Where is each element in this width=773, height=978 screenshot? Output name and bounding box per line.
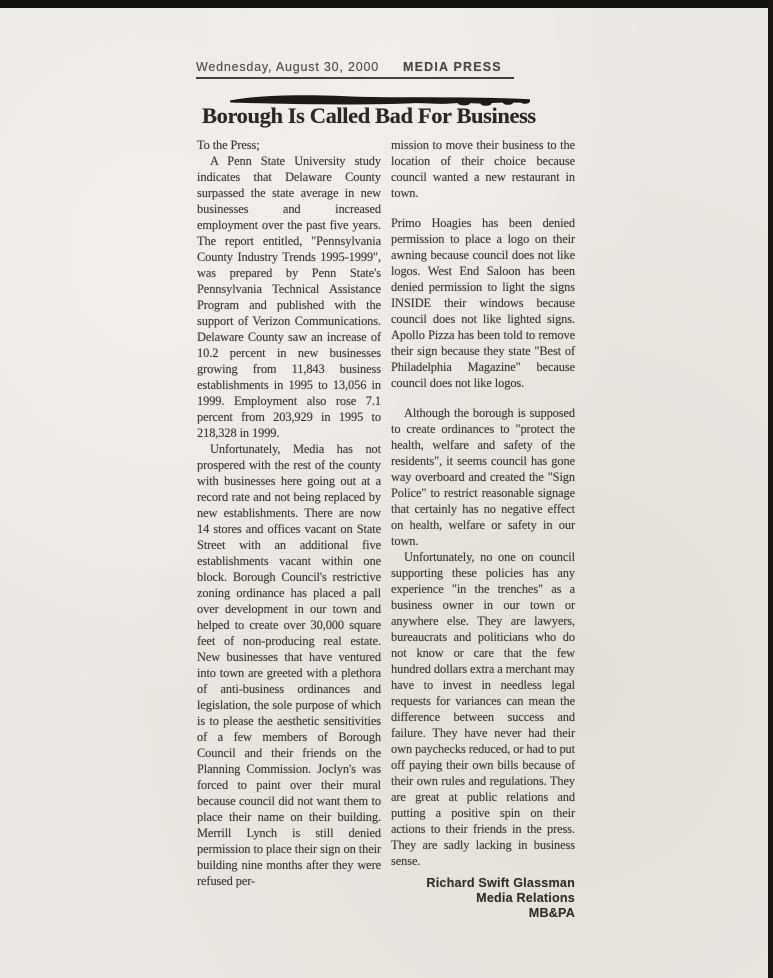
masthead-publication: MEDIA PRESS — [403, 60, 502, 74]
masthead: Wednesday, August 30, 2000 MEDIA PRESS — [196, 60, 514, 79]
masthead-date: Wednesday, August 30, 2000 — [196, 60, 379, 74]
scan-top-border — [0, 0, 773, 8]
headline: Borough Is Called Bad For Business — [202, 103, 547, 129]
paragraph: mission to move their business to the lo… — [391, 137, 575, 201]
article-body: To the Press; A Penn State University st… — [197, 137, 575, 977]
left-column: To the Press; A Penn State University st… — [197, 137, 381, 977]
signature-title: Media Relations — [391, 891, 575, 906]
paragraph: Primo Hoagies has been denied permission… — [391, 215, 575, 391]
paragraph: Unfortunately, Media has not prospered w… — [197, 441, 381, 889]
scan-right-border — [768, 0, 773, 978]
signature-name: Richard Swift Glassman — [391, 876, 575, 891]
paragraph: Unfortunately, no one on council support… — [391, 549, 575, 869]
salutation: To the Press; — [197, 137, 381, 153]
signature-org: MB&PA — [391, 906, 575, 921]
paragraph: Although the borough is supposed to crea… — [391, 405, 575, 549]
signature-block: Richard Swift Glassman Media Relations M… — [391, 876, 575, 921]
paragraph: A Penn State University study indicates … — [197, 153, 381, 441]
right-column: mission to move their business to the lo… — [391, 137, 575, 977]
scanned-newspaper-page: Wednesday, August 30, 2000 MEDIA PRESS B… — [0, 8, 768, 978]
